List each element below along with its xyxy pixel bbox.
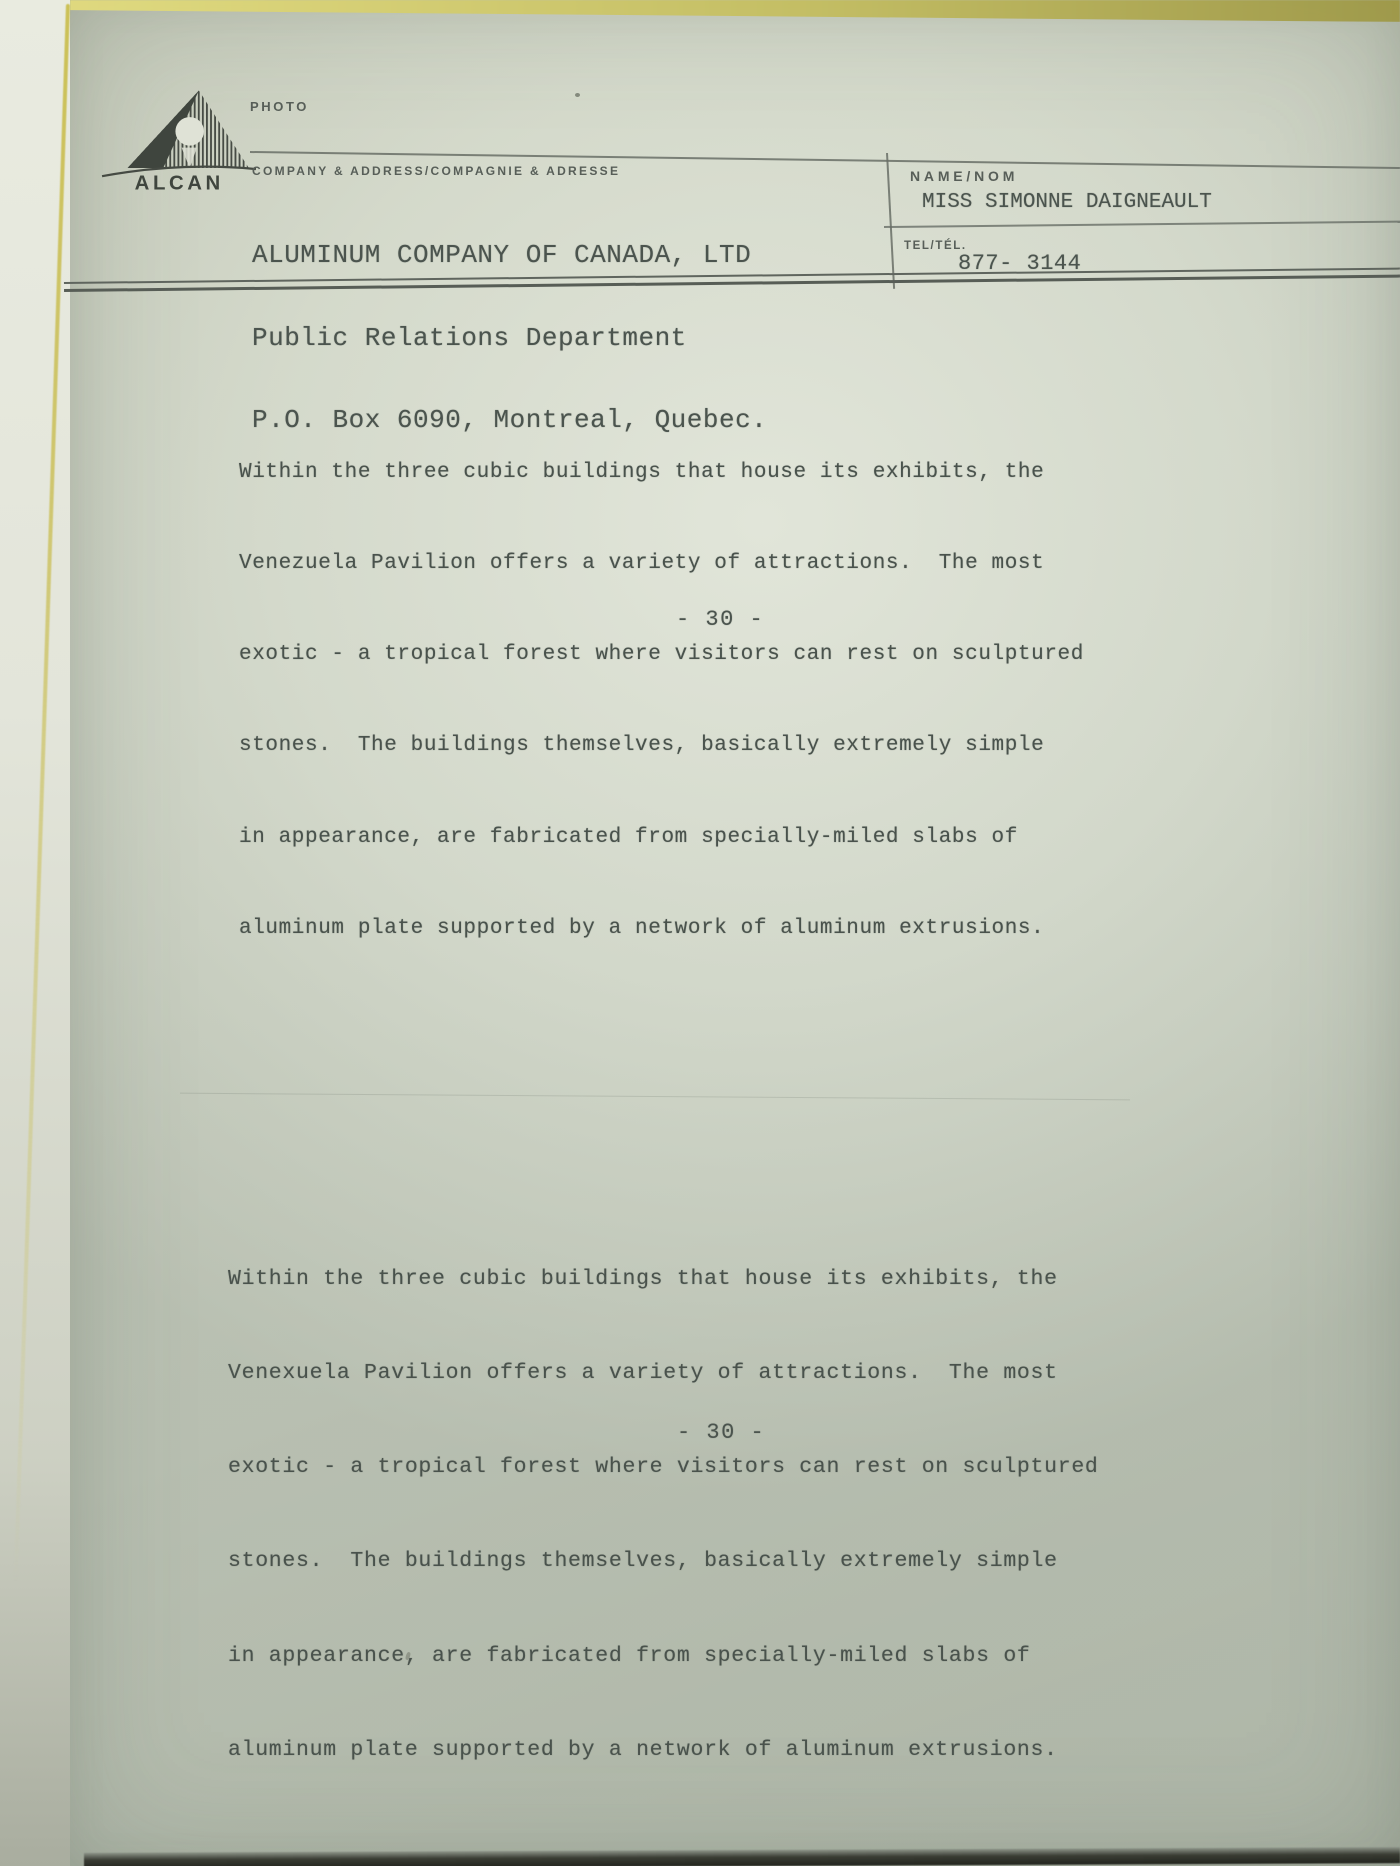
company-address-label: COMPANY & ADDRESS/COMPAGNIE & ADRESSE xyxy=(252,164,620,178)
caption-line: aluminum plate supported by a network of… xyxy=(228,1735,1099,1766)
alcan-brand-text: ALCAN xyxy=(135,172,224,194)
caption-line: stones. The buildings themselves, basica… xyxy=(239,731,1084,761)
company-line: ALUMINUM COMPANY OF CANADA, LTD xyxy=(252,242,767,270)
caption-paragraph-2: Within the three cubic buildings that ho… xyxy=(228,1201,1099,1829)
caption-line: stones. The buildings themselves, basica… xyxy=(228,1546,1099,1577)
photo-caption-sheet: ALCAN PHOTO COMPANY & ADDRESS/COMPAGNIE … xyxy=(0,0,1400,1866)
caption-line: in appearance, are fabricated from speci… xyxy=(228,1641,1099,1672)
caption-line: Within the three cubic buildings that ho… xyxy=(239,458,1084,488)
alcan-triangle-icon xyxy=(128,91,249,168)
end-mark-30: - 30 - xyxy=(676,607,764,632)
tel-value: 877- 3144 xyxy=(958,251,1081,276)
caption-line: Venexuela Pavilion offers a variety of a… xyxy=(228,1358,1099,1389)
end-mark-30: - 30 - xyxy=(677,1420,765,1445)
name-label: NAME/NOM xyxy=(910,168,1018,184)
company-line: Public Relations Department xyxy=(252,325,767,353)
photo-label: PHOTO xyxy=(250,99,309,114)
alcan-logo: ALCAN xyxy=(100,86,258,194)
caption-paragraph-1: Within the three cubic buildings that ho… xyxy=(239,397,1084,1005)
name-value: MISS SIMONNE DAIGNEAULT xyxy=(922,191,1212,214)
page-edge-line xyxy=(14,4,70,1583)
caption-line: aluminum plate supported by a network of… xyxy=(239,914,1084,944)
caption-line: in appearance, are fabricated from speci… xyxy=(239,823,1084,853)
caption-line: exotic - a tropical forest where visitor… xyxy=(239,640,1084,670)
caption-line: Within the three cubic buildings that ho… xyxy=(228,1264,1099,1295)
paper-speck xyxy=(575,93,580,97)
caption-line: exotic - a tropical forest where visitor… xyxy=(228,1452,1099,1483)
caption-line: Venezuela Pavilion offers a variety of a… xyxy=(239,549,1084,579)
